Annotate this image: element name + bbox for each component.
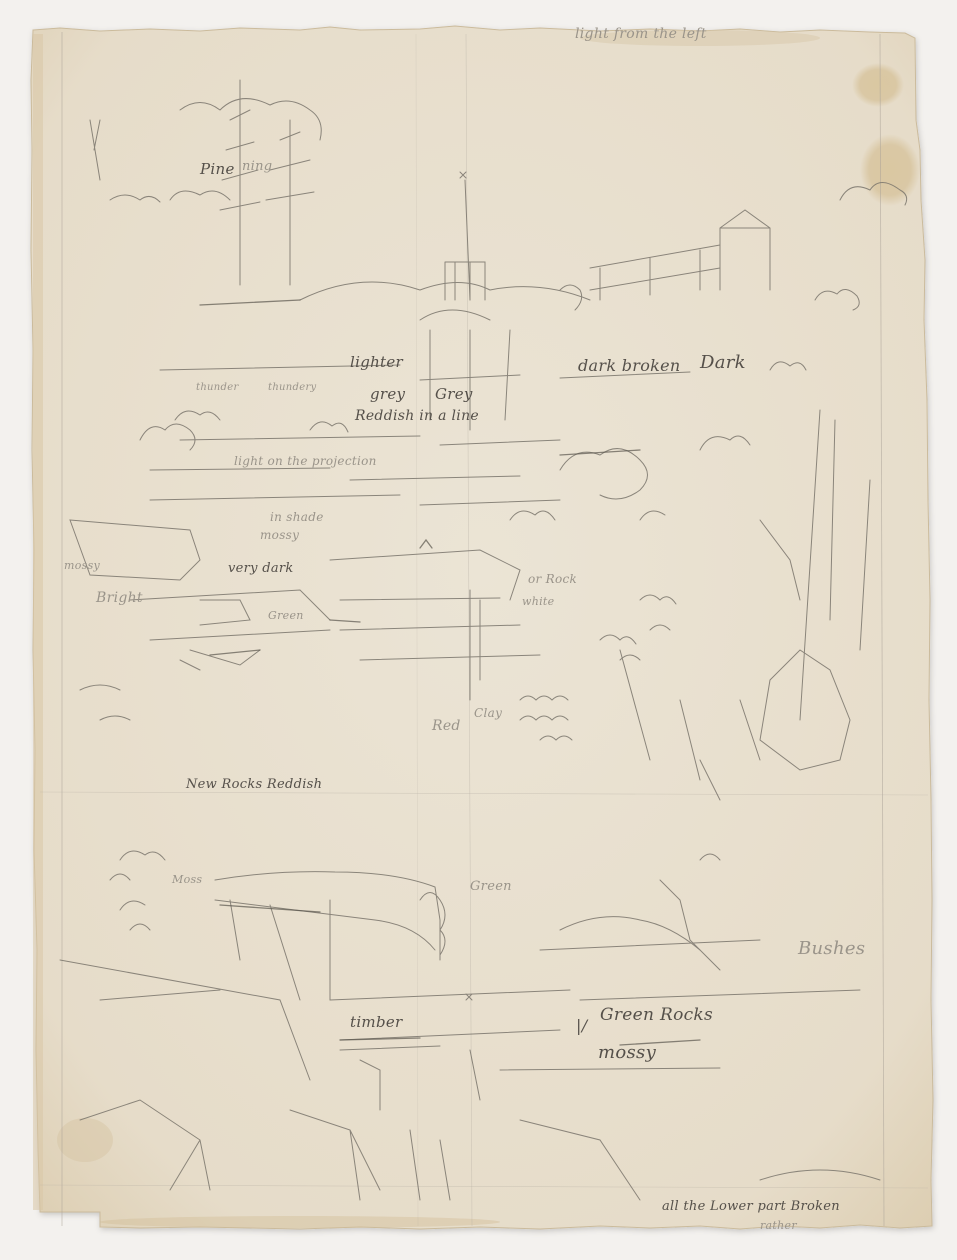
annotation-bright: Bright (96, 590, 143, 606)
annotation-pine-2: ning (242, 159, 272, 174)
annotation-dark-broken: dark broken (578, 356, 681, 375)
annotation-pine: Pine (200, 160, 235, 178)
annotation-grey-1: grey (370, 385, 405, 403)
annotation-new-rocks-reddish: New Rocks Reddish (186, 777, 322, 792)
annotation-white: white (522, 595, 554, 608)
annotation-thunder-1: thunder (196, 382, 239, 393)
annotation-bushes: Bushes (798, 938, 865, 959)
annotation-mossy-left: mossy (64, 559, 100, 572)
annotation-thunder-2: thundery (268, 382, 317, 393)
annotation-red: Red (432, 718, 461, 734)
annotation-mossy-2: mossy (598, 1042, 656, 1063)
annotation-light-from-left: light from the left (575, 26, 707, 42)
annotation-green-1: Green (268, 609, 304, 622)
annotation-timber: timber (350, 1013, 403, 1031)
annotation-or-rock: or Rock (528, 572, 577, 586)
annotation-very-dark: very dark (228, 561, 294, 576)
paper-sheet (31, 26, 933, 1229)
annotation-lighter: lighter (350, 353, 403, 371)
annotation-light-on-projection: light on the projection (234, 454, 377, 468)
annotation-dark: Dark (700, 352, 746, 373)
annotation-clay: Clay (474, 706, 502, 720)
annotation-lower-part: all the Lower part Broken (662, 1199, 840, 1214)
annotation-in-shade: in shade (270, 510, 324, 524)
annotation-marker: |/ (576, 1016, 587, 1035)
annotation-green-2: Green (470, 879, 512, 894)
annotation-reddish-in-a-line: Reddish in a line (355, 408, 479, 424)
annotation-grey-2: Grey (435, 385, 473, 403)
annotation-lower-part-2: rather (760, 1219, 797, 1232)
annotation-mossy-1: mossy (260, 528, 299, 542)
pencil-sketch-landscape (0, 0, 957, 1260)
annotation-moss: Moss (172, 873, 202, 886)
annotation-green-rocks: Green Rocks (600, 1005, 713, 1025)
